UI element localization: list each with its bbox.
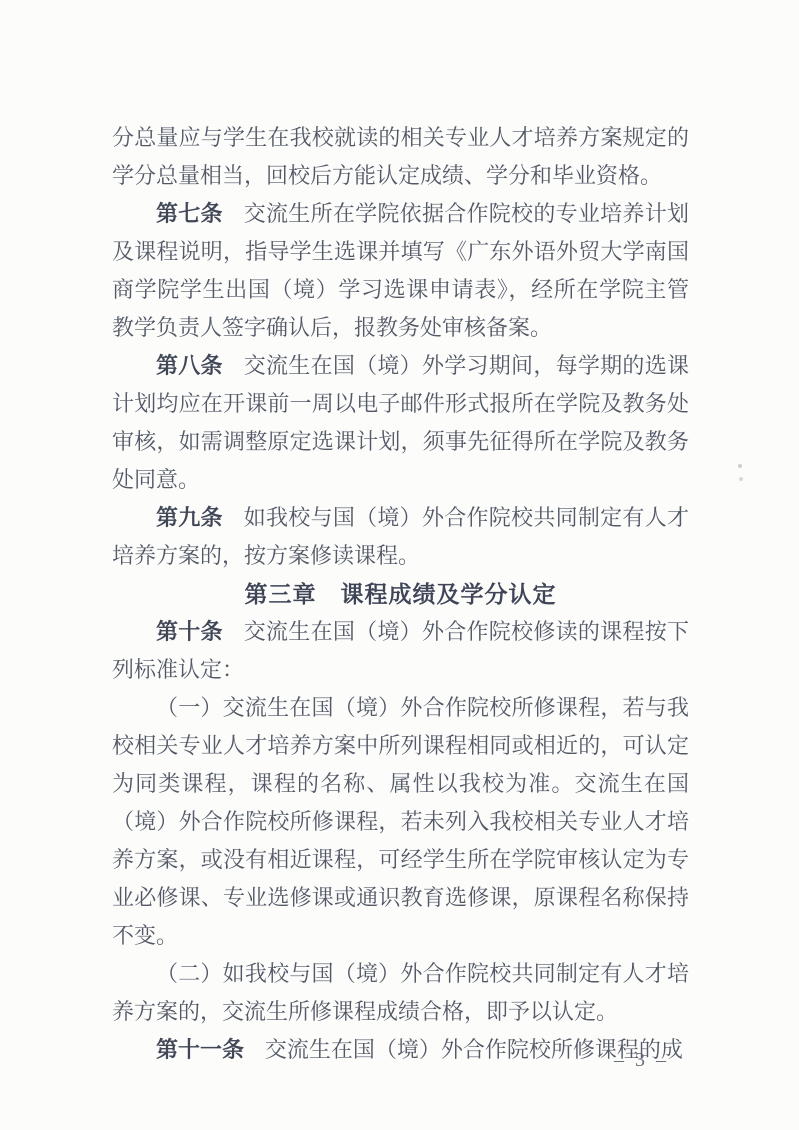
scan-artifact: [739, 477, 743, 481]
article-number: 第八条: [156, 353, 223, 378]
scan-artifact: [738, 464, 742, 468]
paragraph-text: （二）如我校与国（境）外合作院校共同制定有人才培养方案的，交流生所修课程成绩合格…: [112, 961, 689, 1024]
paragraph-text: 分总量应与学生在我校就读的相关专业人才培养方案规定的学分总量相当，回校后方能认定…: [112, 125, 689, 188]
chapter-heading: 第三章 课程成绩及学分认定: [112, 575, 689, 613]
article-number: 第十条: [156, 619, 223, 644]
article-number: 第七条: [156, 201, 223, 226]
paragraph: （二）如我校与国（境）外合作院校共同制定有人才培养方案的，交流生所修课程成绩合格…: [112, 955, 689, 1031]
article-number: 第十一条: [156, 1037, 244, 1062]
document-body: 分总量应与学生在我校就读的相关专业人才培养方案规定的学分总量相当，回校后方能认定…: [112, 119, 689, 1069]
paragraph: 第七条交流生所在学院依据合作院校的专业培养计划及课程说明，指导学生选课并填写《广…: [112, 195, 689, 347]
paragraph: 第十条交流生在国（境）外合作院校修读的课程按下列标准认定：: [112, 613, 689, 689]
paragraph: 分总量应与学生在我校就读的相关专业人才培养方案规定的学分总量相当，回校后方能认定…: [112, 119, 689, 195]
paragraph-text: （一）交流生在国（境）外合作院校所修课程，若与我校相关专业人才培养方案中所列课程…: [112, 695, 689, 948]
paragraph: （一）交流生在国（境）外合作院校所修课程，若与我校相关专业人才培养方案中所列课程…: [112, 689, 689, 955]
paragraph: 第八条交流生在国（境）外学习期间，每学期的选课计划均应在开课前一周以电子邮件形式…: [112, 347, 689, 499]
article-number: 第九条: [156, 505, 223, 530]
page-number: – 3 –: [614, 1047, 669, 1073]
paragraph: 第九条如我校与国（境）外合作院校共同制定有人才培养方案的，按方案修读课程。: [112, 499, 689, 575]
paragraph: 第十一条交流生在国（境）外合作院校所修课程的成: [112, 1031, 689, 1069]
document-page: 分总量应与学生在我校就读的相关专业人才培养方案规定的学分总量相当，回校后方能认定…: [0, 0, 799, 1130]
